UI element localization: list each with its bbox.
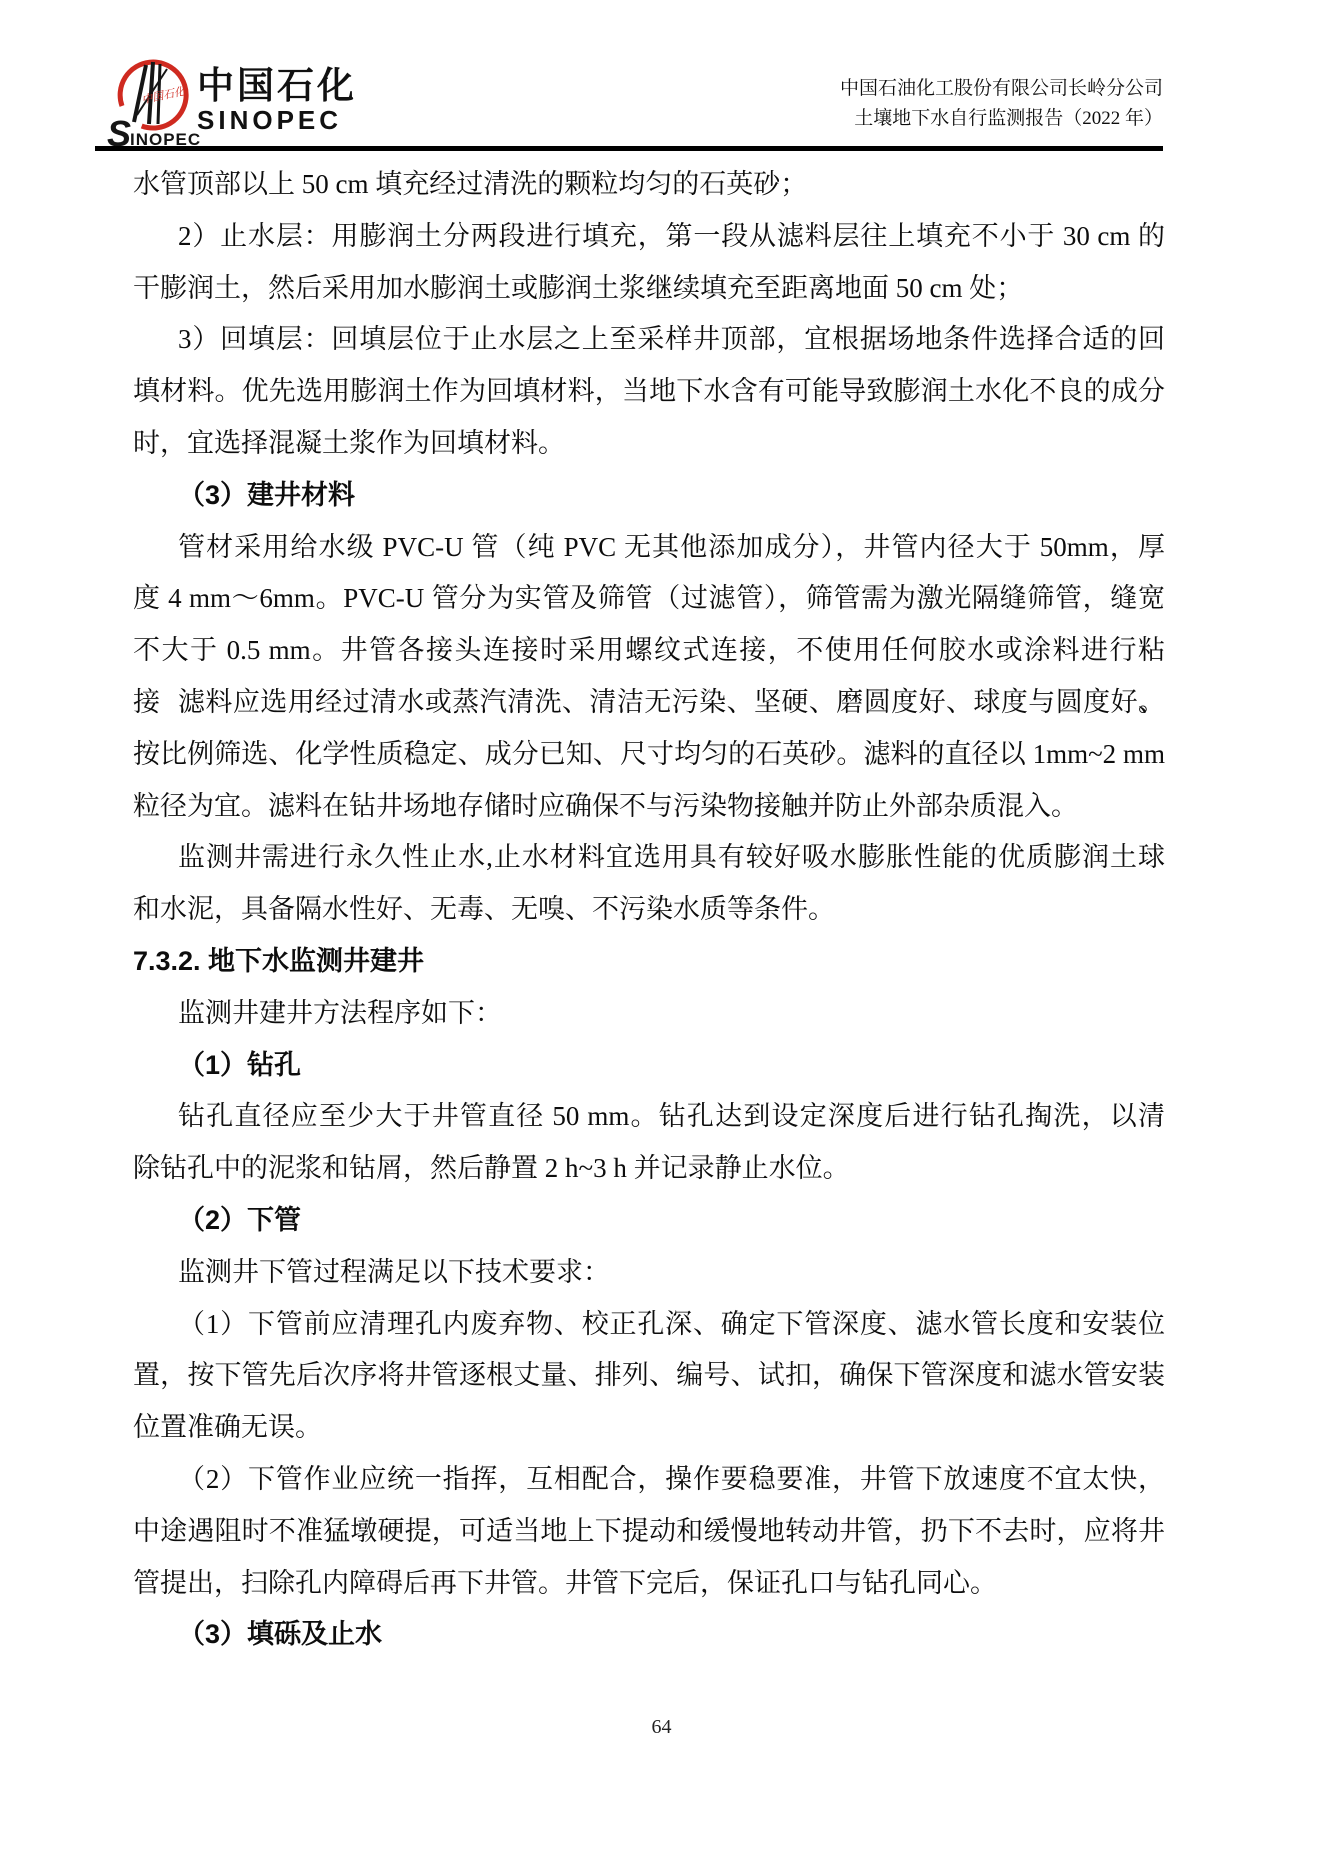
brand-name-english: SINOPEC xyxy=(197,106,357,135)
text-line: 管提出，扫除孔内障碍后再下井管。井管下完后，保证孔口与钻孔同心。 xyxy=(133,1558,1165,1610)
header-report-info: 中国石油化工股份有限公司长岭分公司 土壤地下水自行监测报告（2022 年） xyxy=(840,74,1163,134)
text-line: 除钻孔中的泥浆和钻屑，然后静置 2 h~3 h 并记录静止水位。 xyxy=(133,1143,1165,1195)
brand-name-chinese: 中国石化 xyxy=(197,66,357,106)
text-line: 时，宜选择混凝土浆作为回填材料。 xyxy=(133,418,1165,470)
text-line: 不大于 0.5 mm。井管各接头连接时采用螺纹式连接，不使用任何胶水或涂料进行粘… xyxy=(133,625,1165,677)
text-line: 置，按下管先后次序将井管逐根丈量、排列、编号、试扣，确保下管深度和滤水管安装 xyxy=(133,1350,1165,1402)
text-line: （3）填砾及止水 xyxy=(133,1609,1165,1661)
text-line: 位置准确无误。 xyxy=(133,1402,1165,1454)
text-line: 水管顶部以上 50 cm 填充经过清洗的颗粒均匀的石英砂； xyxy=(133,159,1165,211)
text-line: （2）下管 xyxy=(133,1195,1165,1247)
page-number: 64 xyxy=(652,1716,672,1738)
document-body: 水管顶部以上 50 cm 填充经过清洗的颗粒均匀的石英砂；2）止水层：用膨润土分… xyxy=(133,159,1165,1661)
page-footer: 64 xyxy=(0,1716,1323,1739)
brand-wordmark: 中国石化 SINOPEC xyxy=(197,66,357,135)
text-line: 监测井下管过程满足以下技术要求： xyxy=(133,1247,1165,1299)
sinopec-logo-icon: 中国石化 S INOPEC xyxy=(106,56,202,152)
document-page: 中国石化 S INOPEC 中国石化 SINOPEC 中国石油化工股份有限公司长… xyxy=(0,0,1323,1871)
text-line: 滤料应选用经过清水或蒸汽清洗、清洁无污染、坚硬、磨圆度好、球度与圆度好、 xyxy=(133,677,1165,729)
text-line: 7.3.2. 地下水监测井建井 xyxy=(133,936,1165,988)
text-line: 粒径为宜。滤料在钻井场地存储时应确保不与污染物接触并防止外部杂质混入。 xyxy=(133,781,1165,833)
header-rule xyxy=(95,146,1163,151)
text-line: 填材料。优先选用膨润土作为回填材料，当地下水含有可能导致膨润土水化不良的成分 xyxy=(133,366,1165,418)
emblem-inner-text: 中国石化 xyxy=(140,84,187,106)
text-line: （3）建井材料 xyxy=(133,470,1165,522)
text-line: 2）止水层：用膨润土分两段进行填充，第一段从滤料层往上填充不小于 30 cm 的 xyxy=(133,211,1165,263)
text-line: 按比例筛选、化学性质稳定、成分已知、尺寸均匀的石英砂。滤料的直径以 1mm~2 … xyxy=(133,729,1165,781)
text-line: 管材采用给水级 PVC-U 管（纯 PVC 无其他添加成分），井管内径大于 50… xyxy=(133,522,1165,574)
company-name: 中国石油化工股份有限公司长岭分公司 xyxy=(840,74,1163,104)
text-line: （2）下管作业应统一指挥，互相配合，操作要稳要准，井管下放速度不宜太快， xyxy=(133,1454,1165,1506)
text-line: （1）下管前应清理孔内废弃物、校正孔深、确定下管深度、滤水管长度和安装位 xyxy=(133,1299,1165,1351)
text-line: 监测井建井方法程序如下： xyxy=(133,988,1165,1040)
text-line: 钻孔直径应至少大于井管直径 50 mm。钻孔达到设定深度后进行钻孔掏洗，以清 xyxy=(133,1091,1165,1143)
text-line: 中途遇阻时不准猛墩硬提，可适当地上下提动和缓慢地转动井管，扔下不去时，应将井 xyxy=(133,1506,1165,1558)
report-title: 土壤地下水自行监测报告（2022 年） xyxy=(840,104,1163,134)
text-line: 3）回填层：回填层位于止水层之上至采样井顶部，宜根据场地条件选择合适的回 xyxy=(133,314,1165,366)
text-line: 监测井需进行永久性止水,止水材料宜选用具有较好吸水膨胀性能的优质膨润土球 xyxy=(133,832,1165,884)
text-line: 和水泥，具备隔水性好、无毒、无嗅、不污染水质等条件。 xyxy=(133,884,1165,936)
text-line: （1）钻孔 xyxy=(133,1040,1165,1092)
text-line: 干膨润土，然后采用加水膨润土或膨润土浆继续填充至距离地面 50 cm 处； xyxy=(133,263,1165,315)
text-line: 度 4 mm～6mm。PVC-U 管分为实管及筛管（过滤管），筛管需为激光隔缝筛… xyxy=(133,573,1165,625)
